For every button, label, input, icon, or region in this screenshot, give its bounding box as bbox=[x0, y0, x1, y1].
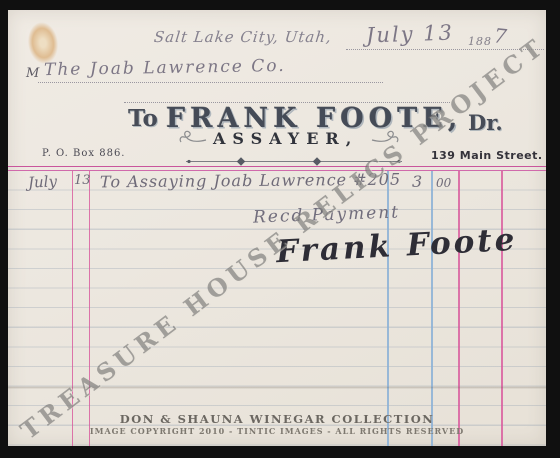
entry-month: July bbox=[28, 172, 58, 191]
ledger-vline-blue-2 bbox=[431, 171, 433, 446]
occupation-title: ASSAYER, bbox=[213, 129, 358, 148]
handwritten-date: July 13 bbox=[366, 20, 455, 47]
entry-day: 13 bbox=[74, 173, 91, 188]
photo-of-billhead: { "page": { "background": "#101010", "pa… bbox=[0, 0, 560, 458]
ledger-vline-pink-4 bbox=[501, 171, 503, 446]
po-box-text: P. O. Box 886. bbox=[42, 148, 125, 159]
year-printed: 188 bbox=[468, 35, 492, 48]
copyright-notice: IMAGE COPYRIGHT 2010 - TINTIC IMAGES - A… bbox=[8, 426, 546, 436]
addressee-prefix: M bbox=[26, 66, 39, 81]
addressee-rule-line bbox=[38, 82, 383, 83]
to-word: To bbox=[128, 105, 158, 132]
handwritten-addressee: The Joab Lawrence Co. bbox=[44, 56, 286, 80]
billhead-paper: Salt Lake City, Utah, July 13 188 7 M Th… bbox=[8, 10, 546, 446]
street-address: 139 Main Street. bbox=[431, 149, 543, 162]
entry-amount-dollars: 3 bbox=[412, 172, 422, 191]
scroll-flourish-left-icon bbox=[178, 128, 208, 152]
collection-credit: DON & SHAUNA WINEGAR COLLECTION bbox=[8, 412, 546, 426]
handwritten-year-digit: 7 bbox=[493, 23, 508, 48]
ledger-vline-pink-2 bbox=[89, 171, 90, 446]
place-printed: Salt Lake City, Utah, bbox=[153, 28, 333, 46]
entry-amount-cents: 00 bbox=[436, 176, 451, 190]
debtor-abbrev: Dr. bbox=[468, 110, 503, 135]
ledger-vline-pink-3 bbox=[458, 171, 460, 446]
